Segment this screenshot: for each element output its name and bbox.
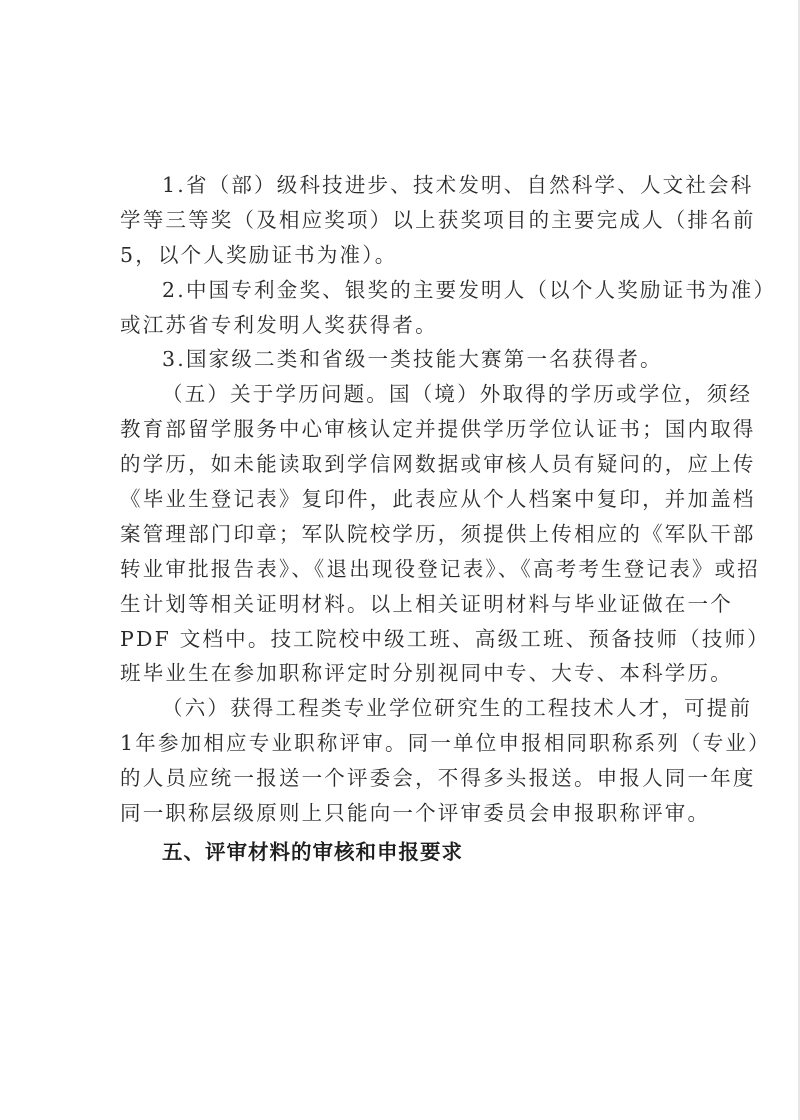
text-line: 转业审批报告表》、《退出现役登记表》、《高考考生登记表》或招	[120, 552, 680, 587]
text-line: 1年参加相应专业职称评审。同一单位申报相同职称系列（专业）	[120, 726, 680, 761]
section-heading: 五、评审材料的审核和申报要求	[120, 835, 680, 869]
paragraph-item-1: 1.省（部）级科技进步、技术发明、自然科学、人文社会科 学等三等奖（及相应奖项）…	[120, 168, 680, 273]
text-line: 的人员应统一报送一个评委会，不得多头报送。申报人同一年度	[120, 761, 680, 796]
text-line: 生计划等相关证明材料。以上相关证明材料与毕业证做在一个	[120, 587, 680, 622]
paragraph-item-2: 2.中国专利金奖、银奖的主要发明人（以个人奖励证书为准） 或江苏省专利发明人奖获…	[120, 273, 680, 343]
text-line: 学等三等奖（及相应奖项）以上获奖项目的主要完成人（排名前	[120, 203, 680, 238]
text-line: 案管理部门印章；军队院校学历，须提供上传相应的《军队干部	[120, 517, 680, 552]
text-line: 《毕业生登记表》复印件，此表应从个人档案中复印，并加盖档	[120, 482, 680, 517]
paragraph-education: （五）关于学历问题。国（境）外取得的学历或学位，须经 教育部留学服务中心审核认定…	[120, 377, 680, 691]
text-line: 3.国家级二类和省级一类技能大赛第一名获得者。	[120, 342, 680, 377]
document-page: 1.省（部）级科技进步、技术发明、自然科学、人文社会科 学等三等奖（及相应奖项）…	[120, 168, 680, 869]
text-line: 班毕业生在参加职称评定时分别视同中专、大专、本科学历。	[120, 656, 680, 691]
text-line: PDF 文档中。技工院校中级工班、高级工班、预备技师（技师）	[120, 622, 680, 657]
text-line: 2.中国专利金奖、银奖的主要发明人（以个人奖励证书为准）	[120, 273, 680, 308]
paragraph-engineering-degree: （六）获得工程类专业学位研究生的工程技术人才，可提前 1年参加相应专业职称评审。…	[120, 691, 680, 831]
text-line: （六）获得工程类专业学位研究生的工程技术人才，可提前	[120, 691, 680, 726]
text-line: 或江苏省专利发明人奖获得者。	[120, 308, 680, 343]
text-line: （五）关于学历问题。国（境）外取得的学历或学位，须经	[120, 377, 680, 412]
text-line: 的学历，如未能读取到学信网数据或审核人员有疑问的，应上传	[120, 447, 680, 482]
text-line: 同一职称层级原则上只能向一个评审委员会申报职称评审。	[120, 796, 680, 831]
paragraph-item-3: 3.国家级二类和省级一类技能大赛第一名获得者。	[120, 342, 680, 377]
text-line: 教育部留学服务中心审核认定并提供学历学位认证书；国内取得	[120, 412, 680, 447]
text-line: 1.省（部）级科技进步、技术发明、自然科学、人文社会科	[120, 168, 680, 203]
text-line: 5，以个人奖励证书为准）。	[120, 238, 680, 273]
